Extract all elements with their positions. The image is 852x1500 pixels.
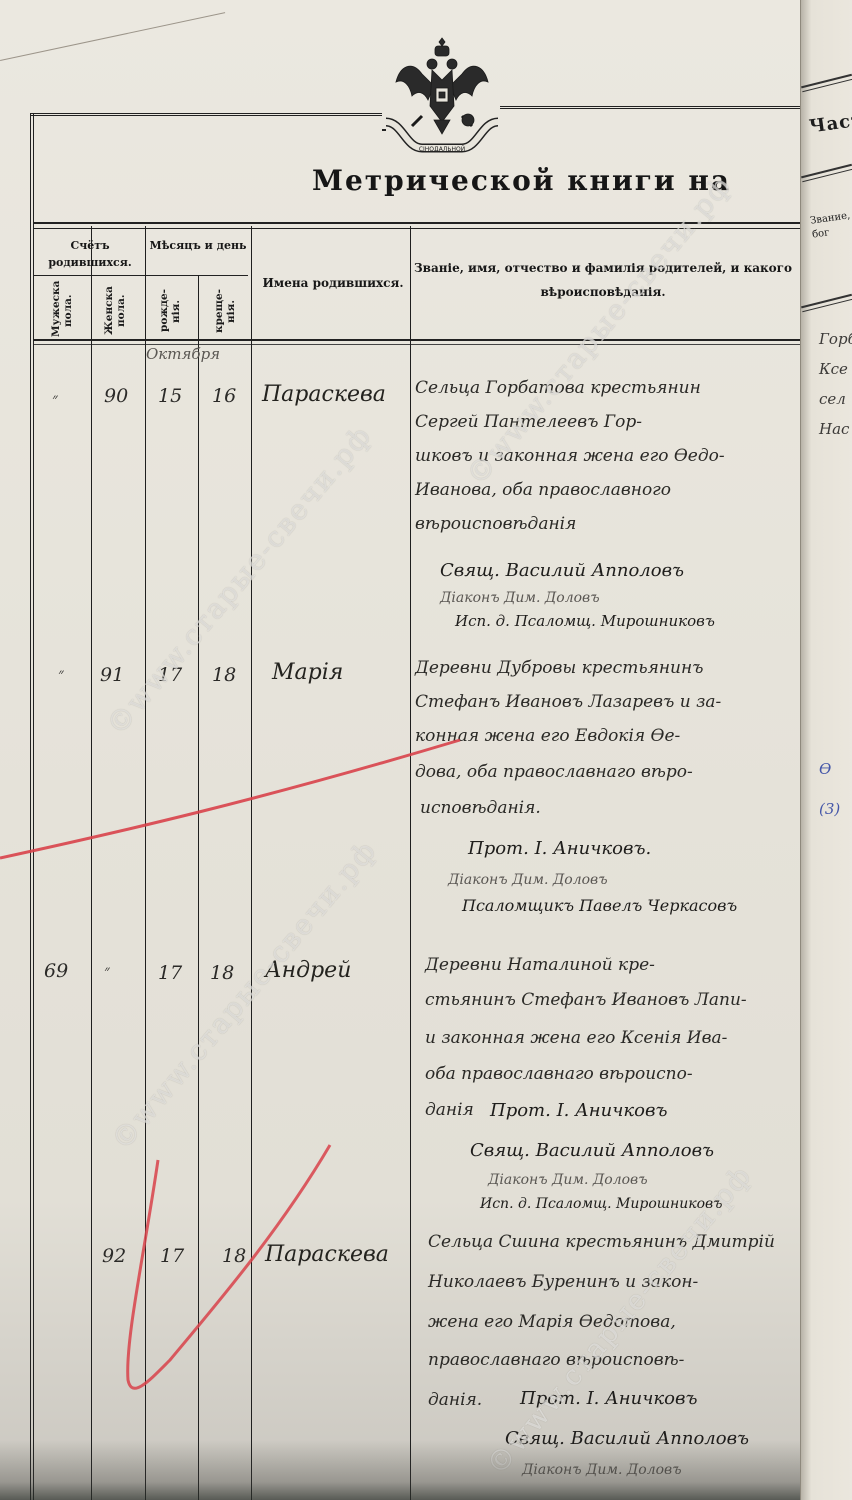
next-page-rule <box>801 74 852 92</box>
next-page-rule <box>801 294 852 312</box>
header-month-day: Мѣсяцъ и день <box>148 237 248 254</box>
parents-line: стьянинъ Стефанъ Ивановъ Лапи- <box>425 990 747 1010</box>
clergy-signature: Діаконъ Дим. Доловъ <box>522 1462 682 1478</box>
parents-line: оба православнаго вѣроиспо- <box>425 1064 693 1084</box>
child-name: Параскева <box>262 382 386 407</box>
clergy-signature: Псаломщикъ Павелъ Черкасовъ <box>462 896 737 915</box>
next-page-blue-note: Ѳ <box>819 760 831 778</box>
parents-line: Иванова, оба православного <box>415 480 671 500</box>
header-born: рожде­нія. <box>158 285 182 337</box>
parents-line: православнаго вѣроисповѣ- <box>428 1350 684 1370</box>
parents-line: шковъ и законная жена его Ѳедо- <box>415 446 725 466</box>
clergy-signature: Діаконъ Дим. Доловъ <box>440 590 600 606</box>
parents-line: Сергей Пантелеевъ Гор- <box>415 412 642 432</box>
next-page-title: Часть <box>808 107 852 137</box>
month-note: Октября <box>146 345 220 363</box>
parents-line: вѣроисповѣданія <box>415 514 576 534</box>
clergy-signature: Исп. д. Псаломщ. Мирошниковъ <box>480 1196 723 1212</box>
title-rule <box>34 222 800 229</box>
header-birth-count: Счётъ родившихся. <box>40 237 140 271</box>
col-divider-2 <box>145 226 146 1500</box>
frame-top-right <box>500 106 800 109</box>
child-name: Марія <box>272 660 343 685</box>
register-page: СЈНОДАЛЬНОЙ Метрической книги на Счётъ р… <box>0 0 800 1500</box>
parents-line: данія. <box>428 1390 482 1410</box>
parents-line: Стефанъ Ивановъ Лазаревъ и за- <box>415 692 721 712</box>
header-sub-rule <box>34 275 248 276</box>
female-count: 90 <box>104 385 128 407</box>
header-male: Мужеска пола. <box>50 285 74 337</box>
parents-line: и законная жена его Ксенія Ива- <box>425 1028 727 1048</box>
parents-line: конная жена его Евдокія Ѳе- <box>415 726 680 746</box>
parents-line: данія <box>425 1100 474 1120</box>
frame-top-left <box>30 113 382 116</box>
watermark: ©www.старые-свечи.рф <box>100 419 378 742</box>
col-divider-4 <box>251 226 252 1500</box>
baptism-day: 18 <box>222 1245 246 1267</box>
page-title: Метрической книги на <box>312 164 731 197</box>
next-page-header: Звание, имя, бог <box>809 205 852 242</box>
header-parents: Званіе, имя, отчество и фамилія родителе… <box>413 256 793 304</box>
header-baptized: креще­нія. <box>213 285 237 337</box>
watermark: ©www.старые-свечи.рф <box>105 834 383 1157</box>
parents-line: жена его Марія Ѳедотова, <box>428 1312 676 1332</box>
birth-day: 17 <box>158 664 182 686</box>
birth-day: 17 <box>160 1245 184 1267</box>
birth-day: 17 <box>158 962 182 984</box>
red-strike-line <box>0 740 460 858</box>
col-divider-1 <box>91 226 92 1500</box>
parents-line: исповѣданія. <box>420 798 541 818</box>
next-page-blue-note: (3) <box>819 800 840 818</box>
header-female: Женска пола. <box>103 285 127 337</box>
male-count: 69 <box>44 960 68 982</box>
clergy-signature: Прот. І. Аничковъ. <box>468 838 651 859</box>
clergy-signature: Прот. І. Аничковъ <box>520 1388 697 1409</box>
col-divider-3 <box>198 275 199 1500</box>
clergy-signature: Діаконъ Дим. Доловъ <box>448 872 608 888</box>
double-headed-eagle-icon: СЈНОДАЛЬНОЙ <box>382 30 502 160</box>
parents-line: Сельца Горбатова крестьянин <box>415 378 701 398</box>
male-count: ״ <box>58 665 64 684</box>
parents-line: Деревни Дубровы крестьянинъ <box>415 658 704 678</box>
clergy-signature: Прот. І. Аничковъ <box>490 1100 667 1121</box>
clergy-signature: Свящ. Василий Апполовъ <box>505 1428 749 1449</box>
next-page-rule <box>801 164 852 182</box>
col-divider-5 <box>410 226 411 1500</box>
female-count: 91 <box>100 664 124 686</box>
frame-left-border <box>30 113 34 1500</box>
child-name: Андрей <box>265 958 351 983</box>
emblem-ribbon-text: СЈНОДАЛЬНОЙ <box>419 146 465 153</box>
male-count: ״ <box>52 390 58 409</box>
parents-line: Николаевъ Буренинъ и закон- <box>428 1272 698 1292</box>
birth-day: 15 <box>158 385 182 407</box>
paper-crease <box>0 12 225 61</box>
baptism-day: 18 <box>210 962 234 984</box>
female-count: 92 <box>102 1245 126 1267</box>
watermark: ©www.старые-свечи.рф <box>460 169 738 492</box>
clergy-signature: Діаконъ Дим. Доловъ <box>488 1172 648 1188</box>
baptism-day: 16 <box>212 385 236 407</box>
next-page-handwriting: Нас <box>819 420 849 438</box>
child-name: Параскева <box>265 1242 389 1267</box>
next-page-handwriting: сел <box>819 390 846 408</box>
clergy-signature: Свящ. Василий Апполовъ <box>470 1140 714 1161</box>
clergy-signature: Свящ. Василий Апполовъ <box>440 560 684 581</box>
parents-line: Сельца Сшина крестьянинъ Дмитрій <box>428 1232 775 1252</box>
next-page-handwriting: Ксе <box>819 360 848 378</box>
parents-line: дова, оба православнаго вѣро- <box>415 762 693 782</box>
parents-line: Деревни Наталиной кре- <box>425 955 655 975</box>
next-page-edge: Часть Звание, имя, бог Горб Ксе сел Нас … <box>800 0 852 1500</box>
female-count: ״ <box>104 962 110 981</box>
next-page-handwriting: Горб <box>819 330 852 348</box>
header-names: Имена родившихся. <box>258 275 408 292</box>
clergy-signature: Исп. д. Псаломщ. Мирошниковъ <box>455 612 715 630</box>
baptism-day: 18 <box>212 664 236 686</box>
